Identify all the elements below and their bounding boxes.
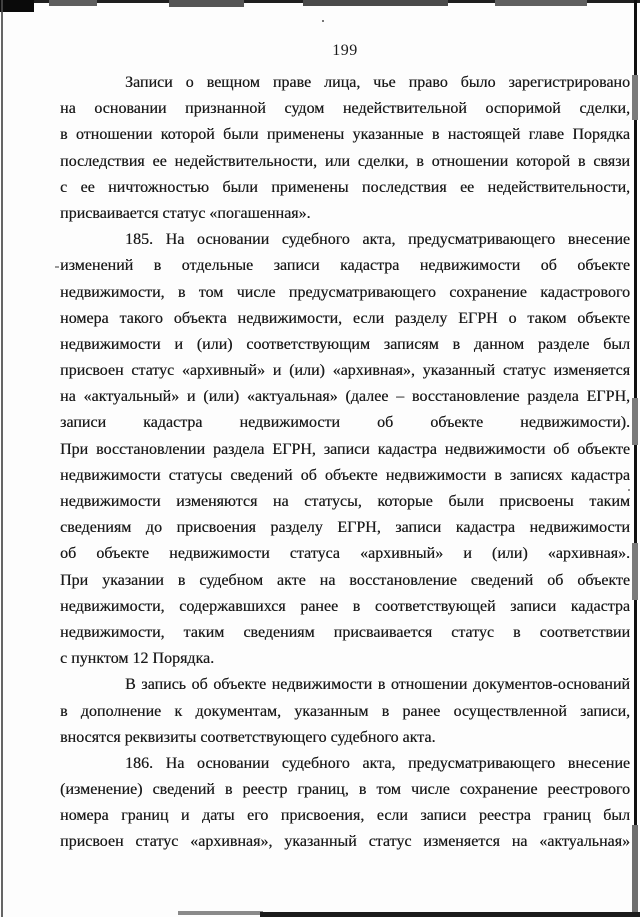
paragraph: 186. На основании судебного акта, предус… (60, 751, 630, 856)
text-line: недвижимости и (или) соответствующим зап… (60, 332, 630, 358)
text-line: При указании в судебном акте на восстано… (60, 568, 630, 594)
text-line: недвижимости, в том числе предусматриваю… (60, 280, 630, 306)
text-line: в дополнение к документам, указанным в р… (60, 699, 630, 725)
document-body: Записи о вещном праве лица, чье право бы… (60, 70, 630, 856)
text-line: с ее ничтожностью были применены последс… (60, 175, 630, 201)
scan-edge-top-segment (169, 0, 244, 7)
text-line: недвижимости, содержавшихся ранее в соот… (60, 594, 630, 620)
text-line: номера такого объекта недвижимости, если… (60, 306, 630, 332)
paragraph: Записи о вещном праве лица, чье право бы… (60, 70, 630, 227)
text-line: 185. На основании судебного акта, предус… (60, 227, 630, 253)
text-line: записи кадастра недвижимости об объекте … (60, 410, 630, 436)
text-line: сведениям до присвоения разделу ЕГРН, за… (60, 515, 630, 541)
text-line: (изменение) сведений в реестр границ, в … (60, 777, 630, 803)
scan-edge-top-segment (303, 0, 448, 6)
scan-edge-right-patch (632, 543, 638, 600)
text-line: Записи о вещном праве лица, чье право бы… (60, 70, 630, 96)
scan-edge-right (634, 0, 637, 917)
text-line: недвижимости изменяются на статусы, кото… (60, 489, 630, 515)
text-line: присвоен статус «архивная», указанный ст… (60, 829, 630, 855)
scan-edge-right-patch (632, 75, 638, 120)
scan-speck (322, 20, 324, 22)
text-line: в отношении которой были применены указа… (60, 122, 630, 148)
text-line: недвижимости, таким сведениям присваивае… (60, 620, 630, 646)
page-number: 199 (60, 42, 630, 60)
text-line: последствия ее недействительности, или с… (60, 149, 630, 175)
text-line: номера границ и даты его присвоения, есл… (60, 803, 630, 829)
text-line: присваивается статус «погашенная». (60, 201, 630, 227)
scan-edge-top (0, 0, 640, 3)
text-line: об объекте недвижимости статуса «архивны… (60, 541, 630, 567)
text-line: недвижимости статусы сведений об объекте… (60, 463, 630, 489)
text-line: 186. На основании судебного акта, предус… (60, 751, 630, 777)
text-line: на основании признанной судом недействит… (60, 96, 630, 122)
text-line: с пунктом 12 Порядка. (60, 646, 630, 672)
scan-edge-right-patch (632, 398, 638, 445)
scan-edge-bottom (178, 911, 263, 915)
paragraph: В запись об объекте недвижимости в отнош… (60, 672, 630, 751)
scan-edge-left (1, 0, 3, 917)
text-line: В запись об объекте недвижимости в отнош… (60, 672, 630, 698)
text-line: При восстановлении раздела ЕГРН, записи … (60, 437, 630, 463)
scanned-document-page: 199 Записи о вещном праве лица, чье прав… (0, 0, 640, 917)
scan-edge-bottom (260, 912, 640, 917)
scan-edge-top-segment (49, 0, 97, 6)
scan-edge-right-patch (632, 825, 638, 912)
text-line: на «актуальный» и (или) «актуальная» (да… (60, 384, 630, 410)
scan-speck (55, 266, 59, 268)
text-line: вносятся реквизиты соответствующего суде… (60, 725, 630, 751)
text-line: изменений в отдельные записи кадастра не… (60, 253, 630, 279)
text-line: присвоен статус «архивный» и (или) «архи… (60, 358, 630, 384)
scan-edge-top-corner (0, 0, 34, 12)
scan-edge-top-segment (495, 0, 587, 6)
paragraph: 185. На основании судебного акта, предус… (60, 227, 630, 672)
